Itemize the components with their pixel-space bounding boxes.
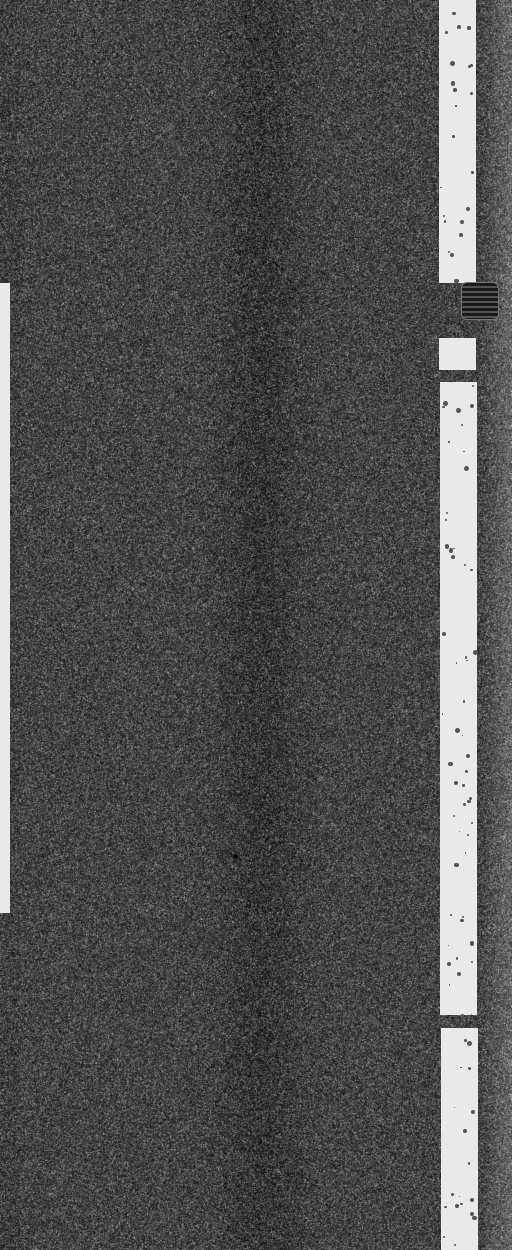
storm-drain-grate — [461, 282, 499, 320]
paint-wear-speck — [445, 519, 446, 520]
paint-wear-speck — [460, 220, 464, 224]
paint-wear-speck — [472, 1216, 477, 1221]
paint-wear-speck — [468, 65, 471, 68]
paint-wear-speck — [451, 1193, 454, 1196]
paint-wear-speck — [440, 187, 442, 189]
paint-wear-speck — [445, 31, 448, 34]
paint-wear-speck — [467, 26, 470, 29]
paint-wear-speck — [464, 564, 466, 566]
paint-wear-speck — [453, 88, 457, 92]
paint-wear-speck — [459, 233, 463, 237]
paint-wear-speck — [471, 171, 473, 173]
left-lane-marking — [0, 283, 10, 913]
paint-wear-speck — [452, 12, 455, 15]
right-lane-marking-1 — [439, 0, 476, 283]
paint-wear-speck — [471, 1014, 472, 1015]
paint-wear-speck — [450, 61, 455, 66]
paint-wear-speck — [453, 548, 454, 549]
paint-wear-speck — [462, 784, 464, 786]
paint-wear-speck — [462, 735, 463, 736]
right-lane-marking-3 — [440, 382, 477, 1015]
paint-wear-speck — [457, 972, 461, 976]
paint-wear-speck — [465, 852, 466, 853]
paint-wear-speck — [461, 424, 463, 426]
paint-wear-speck — [464, 1039, 467, 1042]
paint-wear-speck — [455, 281, 457, 283]
pebble — [233, 854, 238, 859]
paint-wear-speck — [464, 466, 469, 471]
paint-wear-speck — [446, 512, 448, 514]
paint-wear-speck — [467, 800, 470, 803]
paint-wear-speck — [454, 1244, 456, 1246]
paint-wear-speck — [470, 404, 474, 408]
paint-wear-speck — [466, 754, 470, 758]
paint-wear-speck — [467, 834, 469, 836]
paint-wear-speck — [473, 650, 478, 655]
asphalt-texture — [0, 0, 512, 1250]
paint-wear-speck — [470, 92, 473, 95]
paint-wear-speck — [470, 941, 475, 946]
paint-wear-speck — [455, 105, 456, 106]
paint-wear-speck — [461, 1014, 464, 1017]
paint-wear-speck — [448, 762, 452, 766]
paint-wear-speck — [448, 441, 449, 442]
paint-wear-speck — [460, 1203, 462, 1205]
paint-wear-speck — [455, 1204, 459, 1208]
paint-wear-speck — [463, 700, 465, 702]
paint-wear-speck — [443, 1236, 445, 1238]
paint-wear-speck — [465, 656, 467, 658]
paint-wear-speck — [467, 1041, 472, 1046]
paint-wear-speck — [463, 1129, 467, 1133]
paint-wear-speck — [449, 984, 451, 986]
paint-wear-speck — [453, 815, 455, 817]
right-lane-marking-2 — [439, 338, 476, 370]
road-surface — [0, 0, 512, 1250]
paint-wear-speck — [442, 632, 446, 636]
paint-wear-speck — [459, 831, 460, 832]
paint-wear-speck — [454, 863, 459, 868]
paint-wear-speck — [460, 919, 463, 922]
paint-wear-speck — [471, 1110, 475, 1114]
paint-wear-speck — [450, 914, 452, 916]
paint-wear-speck — [452, 135, 454, 137]
paint-wear-speck — [456, 662, 458, 664]
paint-wear-speck — [447, 962, 451, 966]
